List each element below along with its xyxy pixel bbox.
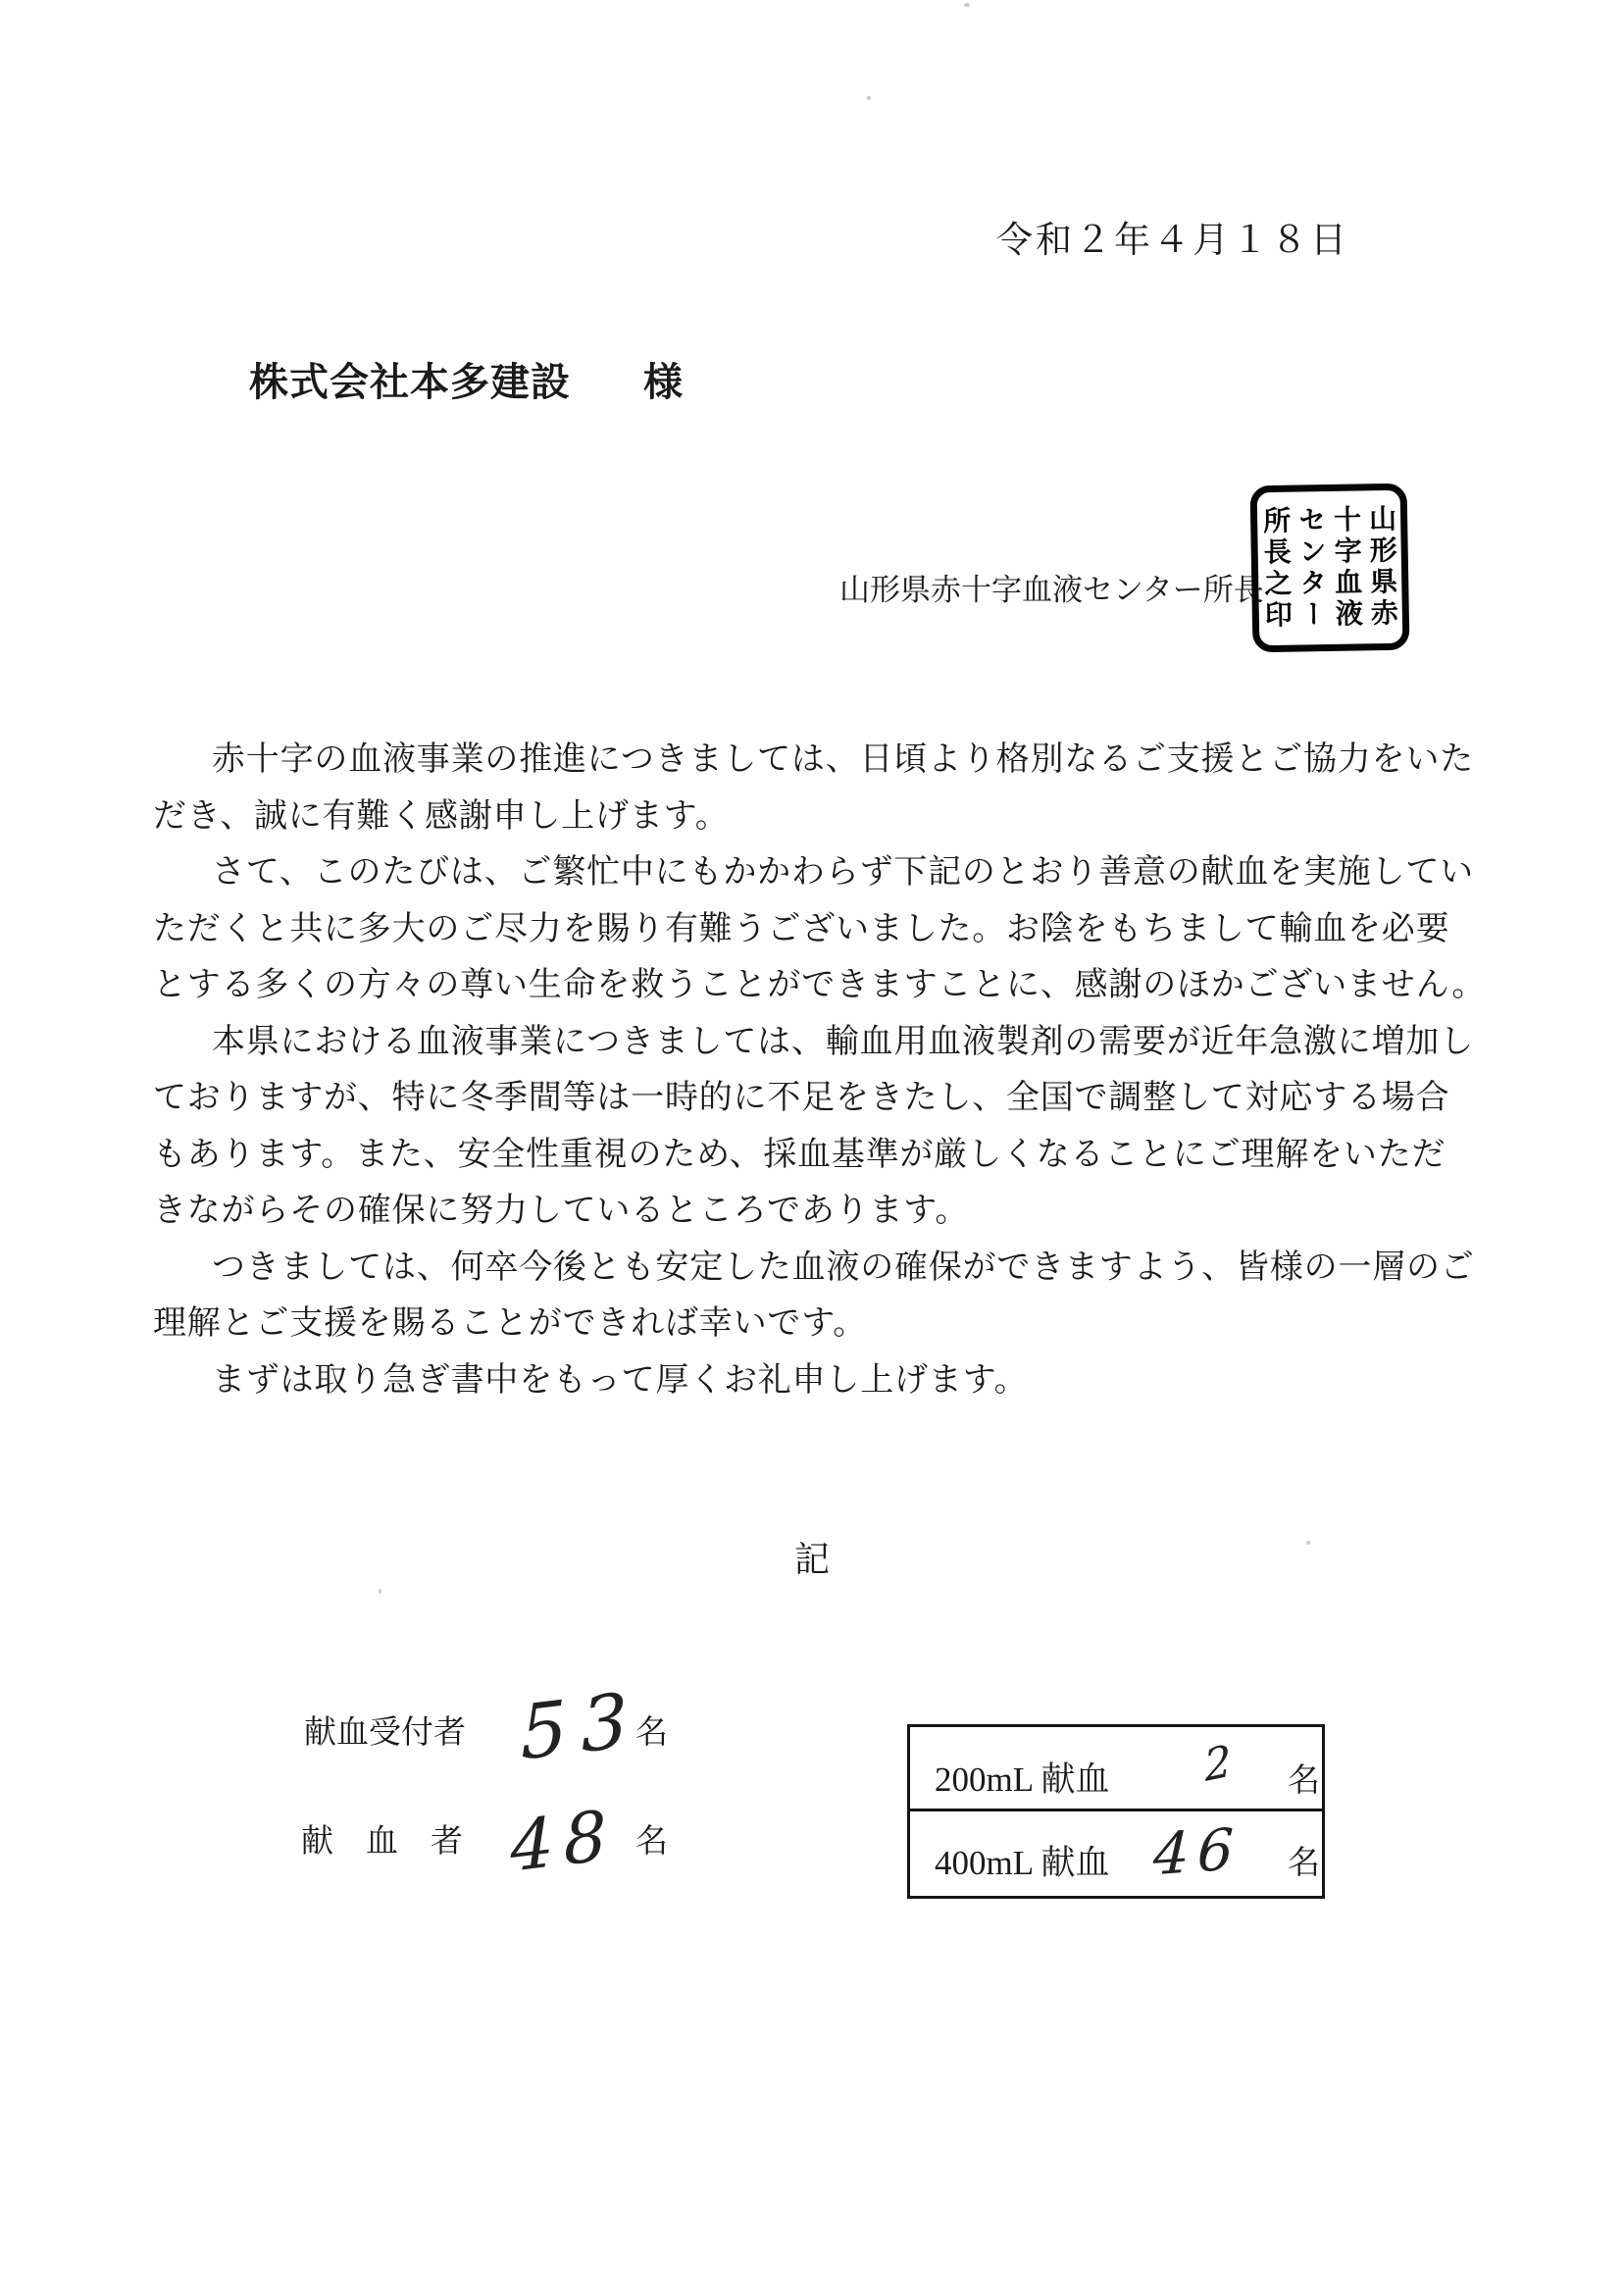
recipient-name: 株式会社本多建設 (249, 361, 571, 404)
seal-column: 十字血液 (1328, 494, 1366, 640)
letter-body: 赤十字の血液事業の推進につきましては、日頃より格別なるご支援とご協力をいた だき… (153, 732, 1486, 1408)
donor-count-label: 献 血 者 (301, 1815, 463, 1861)
donor-reception-unit: 名 (635, 1707, 668, 1753)
recipient-honorific: 様 (643, 361, 684, 404)
letter-date: 令和２年４月１８日 (996, 210, 1349, 263)
body-line: だき、誠に有難く感謝申し上げます。 (153, 789, 1486, 845)
record-marker: 記 (0, 1532, 1624, 1582)
donor-reception-label: 献血受付者 (304, 1707, 466, 1753)
body-line: 本県における血液事業につきましては、輸血用血液製剤の需要が近年急激に増加し (153, 1014, 1486, 1071)
donation-breakdown-table: 200mL 献血 2 名 400mL 献血 46 名 (907, 1724, 1325, 1899)
donation-200ml-count-handwritten: 2 (1203, 1740, 1233, 1789)
body-line: きながらその確保に努力しているところであります。 (153, 1183, 1486, 1240)
seal-column: 所長之印 (1257, 496, 1295, 642)
scan-artifact (379, 1589, 381, 1594)
table-row: 400mL 献血 46 名 (910, 1811, 1322, 1893)
scan-artifact (964, 3, 970, 7)
recipient-line: 株式会社本多建設様 (249, 351, 684, 407)
donation-400ml-label: 400mL 献血 (935, 1836, 1110, 1885)
donation-400ml-count-handwritten: 46 (1152, 1820, 1243, 1884)
scan-artifact (1306, 1541, 1310, 1545)
donation-200ml-label: 200mL 献血 (935, 1753, 1110, 1802)
donation-200ml-unit: 名 (1288, 1755, 1320, 1801)
body-line: まずは取り急ぎ書中をもって厚くお礼申し上げます。 (153, 1352, 1486, 1409)
donation-400ml-unit: 名 (1288, 1837, 1320, 1883)
body-line: さて、このたびは、ご繁忙中にもかかわらず下記のとおり善意の献血を実施してい (153, 844, 1486, 901)
donor-count-handwritten: 48 (509, 1800, 618, 1882)
body-line: とする多くの方々の尊い生命を救うことができますことに、感謝のほかございません。 (153, 957, 1486, 1014)
seal-column: 山形県赤 (1363, 494, 1401, 640)
body-line: もあります。また、安全性重視のため、採血基準が厳しくなることにご理解をいただ (153, 1127, 1486, 1184)
scan-artifact (867, 96, 871, 100)
seal-column: センター (1293, 495, 1331, 641)
sender-title: 山形県赤十字血液センター所長 (839, 565, 1264, 609)
body-line: 赤十字の血液事業の推進につきましては、日頃より格別なるご支援とご協力をいた (153, 732, 1486, 789)
body-line: つきましては、何卒今後とも安定した血液の確保ができますよう、皆様の一層のご (153, 1240, 1486, 1297)
donor-reception-count-handwritten: 53 (519, 1681, 642, 1770)
body-line: ただくと共に多大のご尽力を賜り有難うございました。お陰をもちまして輸血を必要 (153, 901, 1486, 958)
body-line: 理解とご支援を賜ることができれば幸いです。 (153, 1296, 1486, 1352)
body-line: ておりますが、特に冬季間等は一時的に不足をきたし、全国で調整して対応する場合 (153, 1070, 1486, 1127)
donor-count-unit: 名 (635, 1815, 668, 1861)
scanned-letter-page: 令和２年４月１８日 株式会社本多建設様 山形県赤十字血液センター所長 山形県赤 … (0, 0, 1624, 2294)
table-row: 200mL 献血 2 名 (910, 1727, 1322, 1811)
official-seal-stamp: 山形県赤 十字血液 センター 所長之印 (1250, 484, 1410, 653)
seal-text: 山形県赤 十字血液 センター 所長之印 (1258, 491, 1402, 644)
